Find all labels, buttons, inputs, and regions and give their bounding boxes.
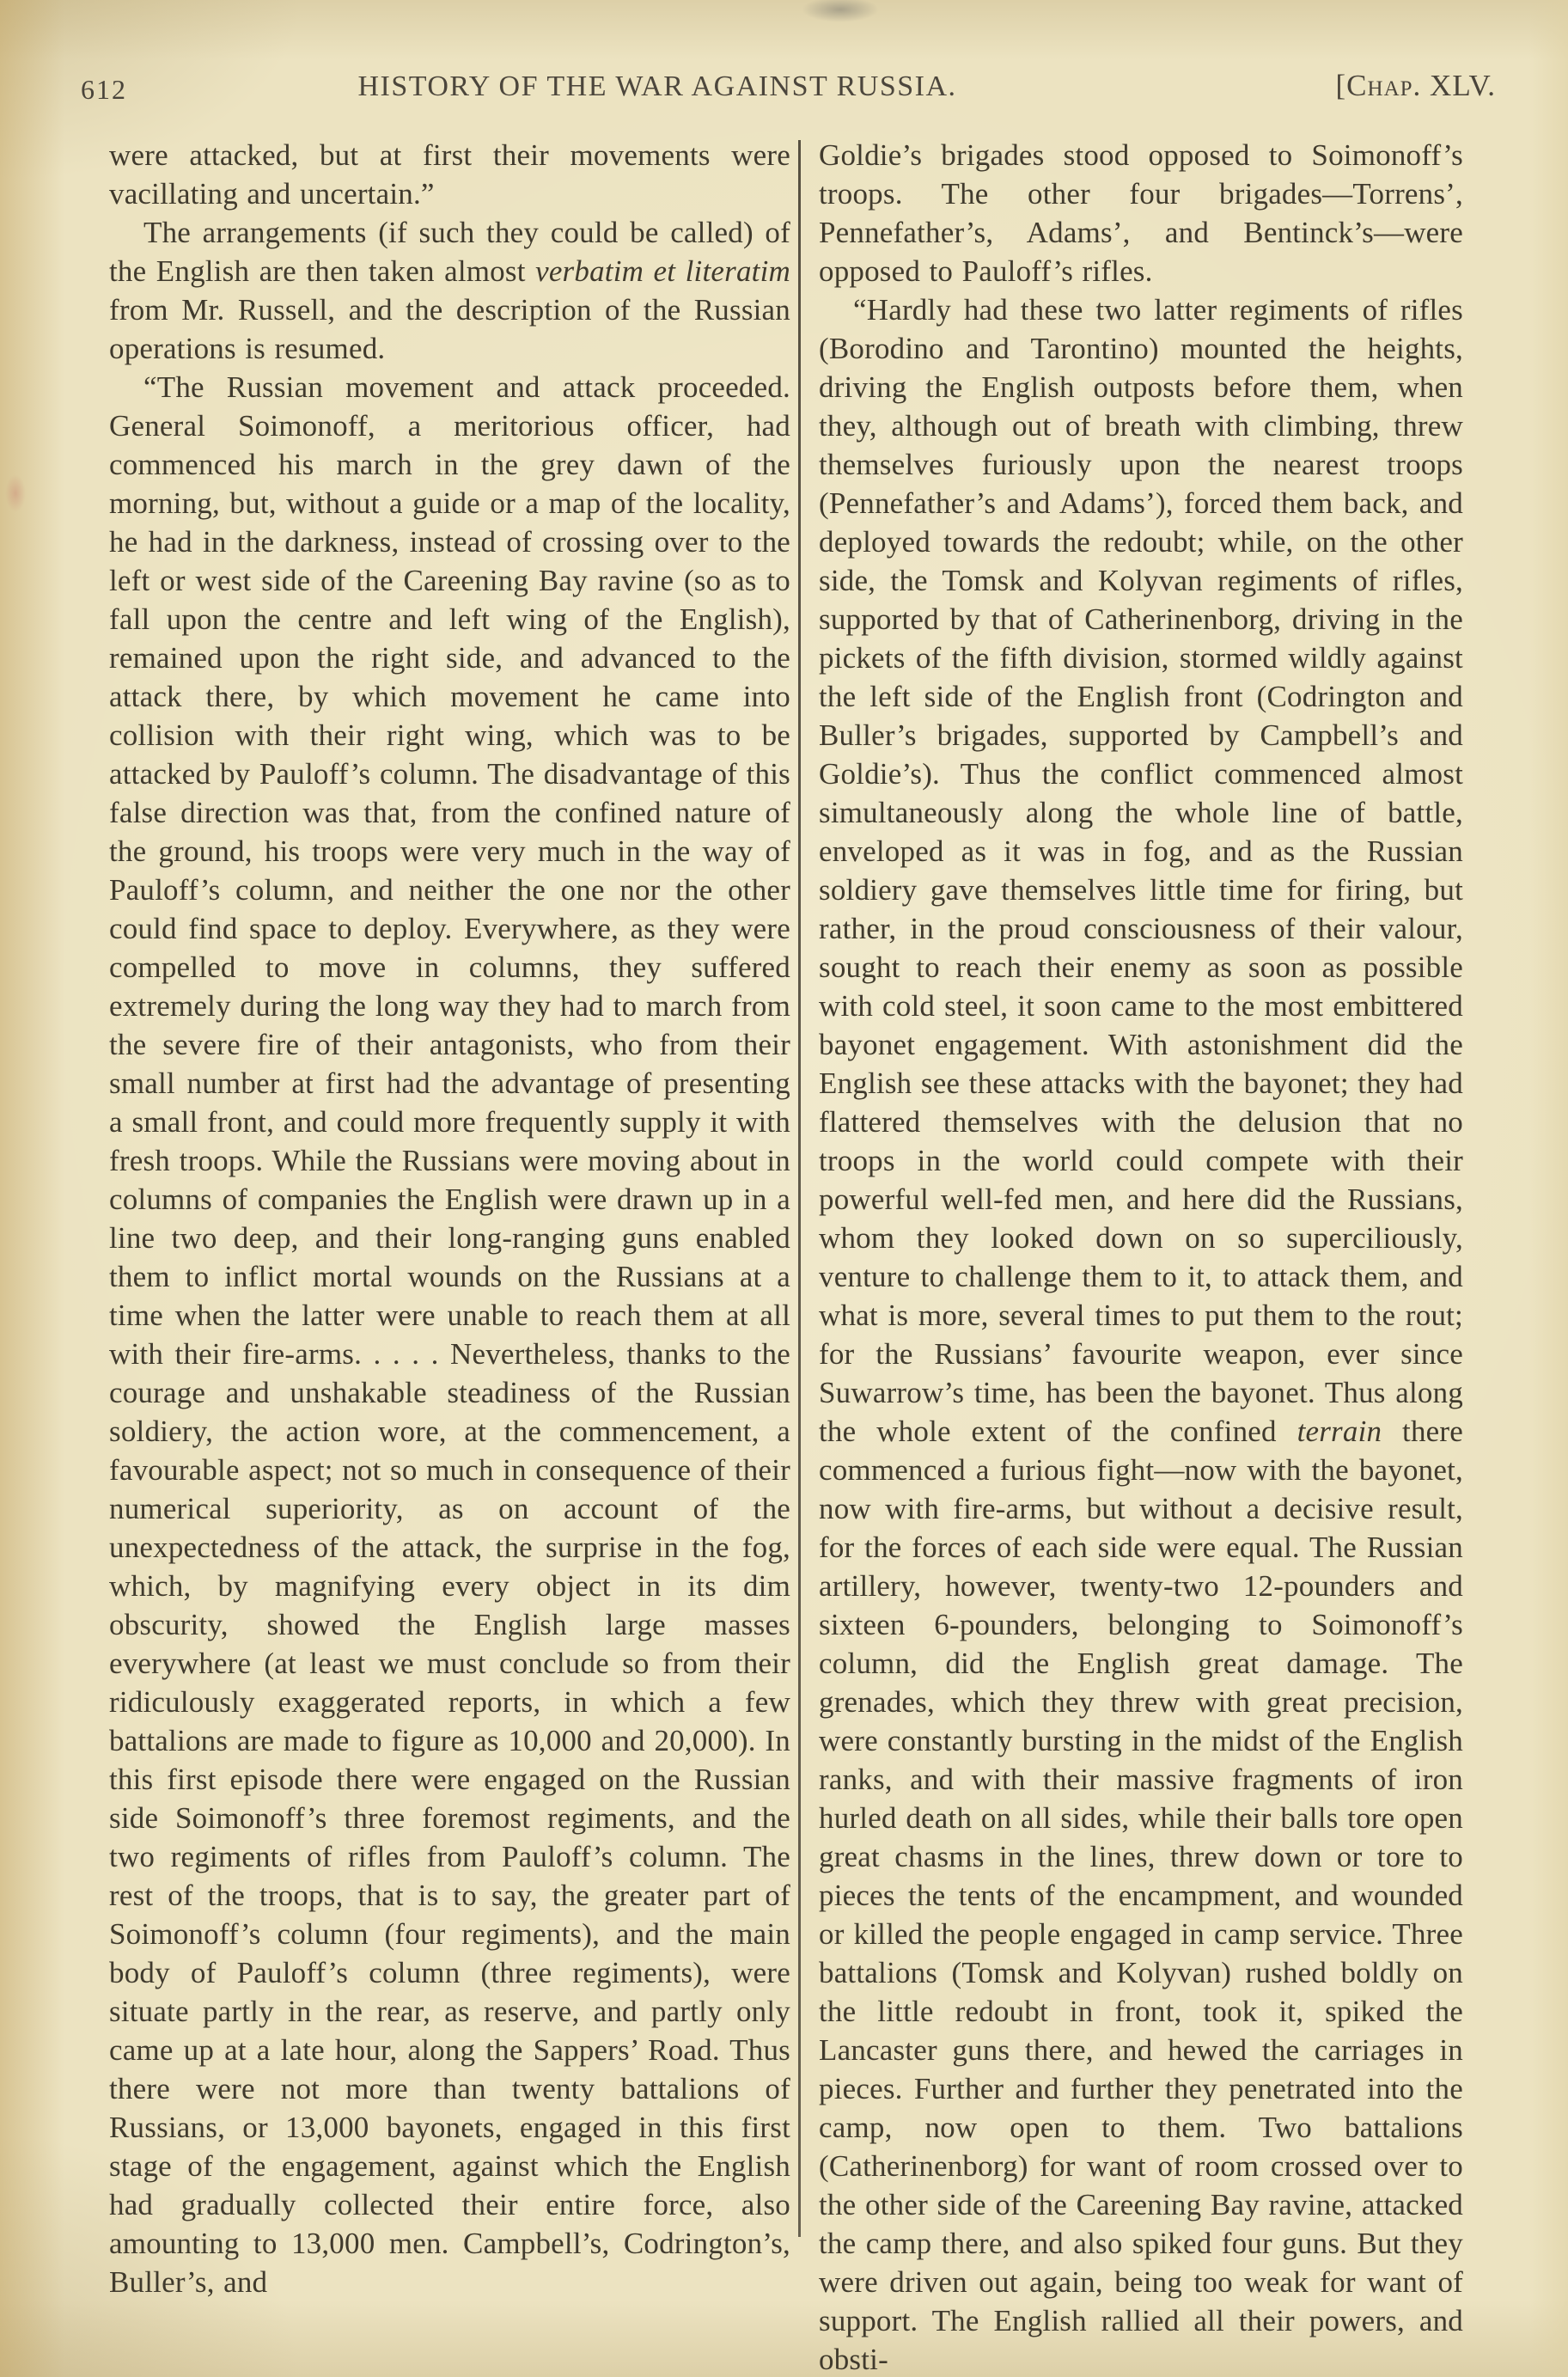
paragraph: The arrangements (if such they could be … — [109, 213, 790, 368]
text-column-right: Goldie’s brigades stood opposed to Soimo… — [819, 136, 1463, 2377]
text-segment: from Mr. Russell, and the description of… — [109, 293, 790, 365]
paragraph: Goldie’s brigades stood opposed to Soimo… — [819, 136, 1463, 290]
column-divider — [798, 140, 801, 2237]
paragraph: “The Russian movement and attack proceed… — [109, 368, 790, 2301]
text-segment: were attacked, but at first their moveme… — [109, 138, 790, 211]
italic-text-segment: terrain — [1297, 1415, 1382, 1448]
text-segment: “Hardly had these two latter regiments o… — [819, 293, 1463, 1448]
scan-smudge-left — [5, 474, 26, 512]
text-segment: Goldie’s brigades stood opposed to Soimo… — [819, 138, 1463, 288]
chapter-label: [Chap. XLV. — [1336, 69, 1496, 103]
text-segment: there commenced a furious fight—now with… — [819, 1415, 1463, 2376]
page-header: 612 HISTORY OF THE WAR AGAINST RUSSIA. [… — [0, 0, 1568, 120]
page-title: HISTORY OF THE WAR AGAINST RUSSIA. — [344, 70, 971, 103]
text-segment: “The Russian movement and attack proceed… — [109, 370, 790, 2299]
text-column-left: were attacked, but at first their moveme… — [109, 136, 790, 2301]
italic-text-segment: verbatim et literatim — [535, 254, 790, 288]
paragraph: were attacked, but at first their moveme… — [109, 136, 790, 213]
paragraph: “Hardly had these two latter regiments o… — [819, 290, 1463, 2377]
page-number: 612 — [81, 74, 127, 106]
